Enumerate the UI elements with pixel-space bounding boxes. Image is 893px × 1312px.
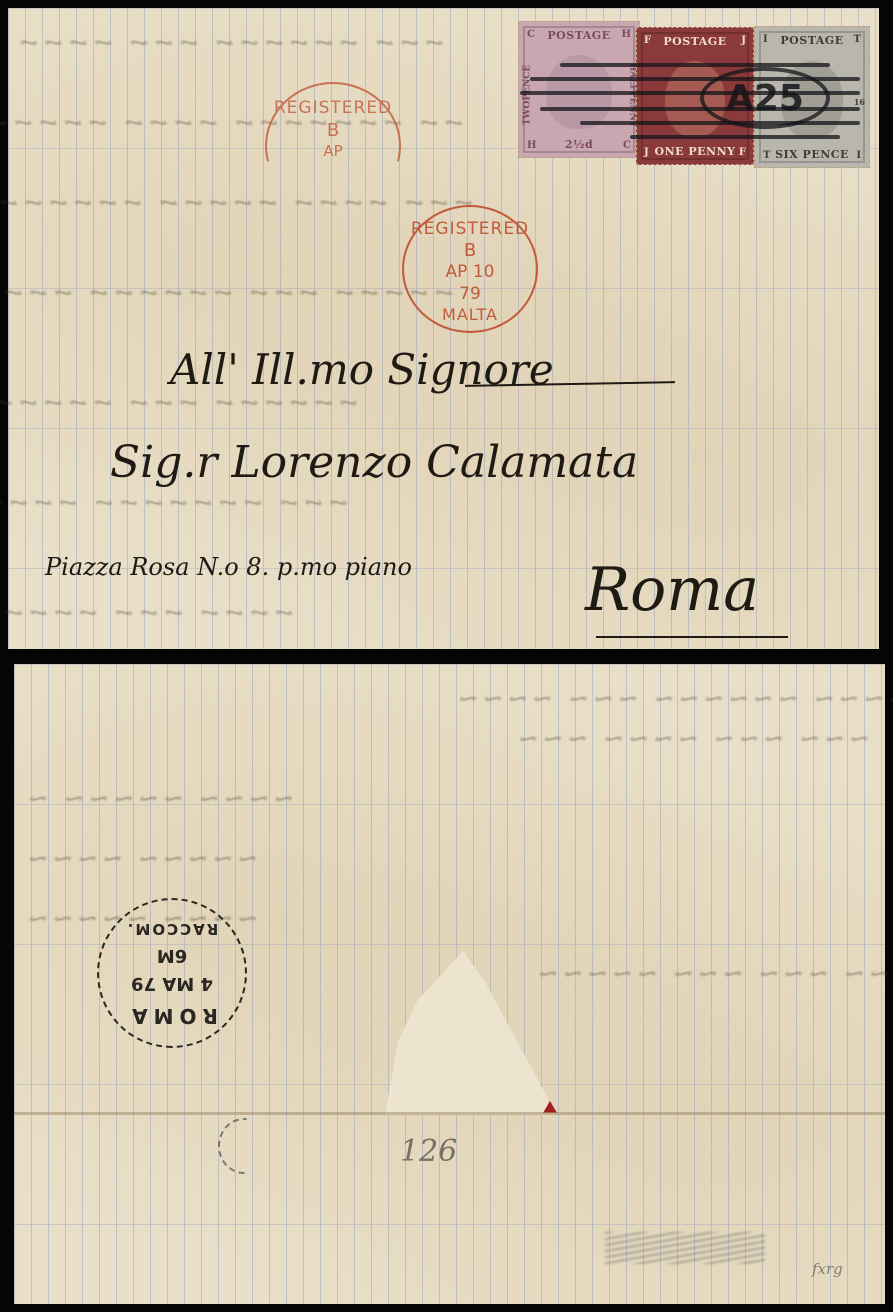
bleed-through-text: ~~~~ ~~~~~~ ~~~ ~~~~~ [0,278,468,308]
bleed-through-text: ~~~~~ ~~~~ ~~~~~~~ ~~ [0,108,478,138]
address-line-street: Piazza Rosa N.o 8. p.mo piano [45,553,412,581]
address-line-salutation: All' Ill.mo Signore [170,345,554,394]
registered-malta-postmark: REGISTERED B AP 10 79 MALTA [402,205,538,333]
pencil-note: fxrg [812,1260,843,1278]
bleed-through-text: ~~~ ~~~ ~~~~ ~~~ [503,724,880,754]
fold-line [14,1112,885,1115]
bleed-through-text: ~~~~ ~~~~~~ ~~~ ~~~~ [443,684,893,714]
bleed-through-text: ~~~~~ ~~~~ [13,844,268,874]
bleed-through-text: ~~~~ ~~~~~~~ ~~~ [0,488,363,518]
address-line-city: Roma [585,555,759,625]
bleed-through-text: ~~~~ ~~~ ~~~~~~ ~~~ [7,28,458,58]
docket-number: 126 [400,1134,457,1169]
bleed-through-text: ~~~~~ ~~~ ~~~ ~~~~~ [523,959,893,989]
city-underline [596,636,788,638]
bleed-through-text: ~~~~~~ ~~~~~ ~~~~ ~~~ [0,188,488,218]
roma-arrival-postmark: ROMA 4 MA 79 6M RACCOM. [97,898,247,1048]
pencil-smudge [605,1232,765,1264]
address-line-name: Sig.r Lorenzo Calamata [110,437,638,488]
barred-numeral-cancel: A25 [520,55,860,145]
bleed-through-text: ~~~~ ~~~~~ ~ [13,784,304,814]
bleed-through-text: ~~~~ ~~~ ~~~~ [0,598,309,628]
